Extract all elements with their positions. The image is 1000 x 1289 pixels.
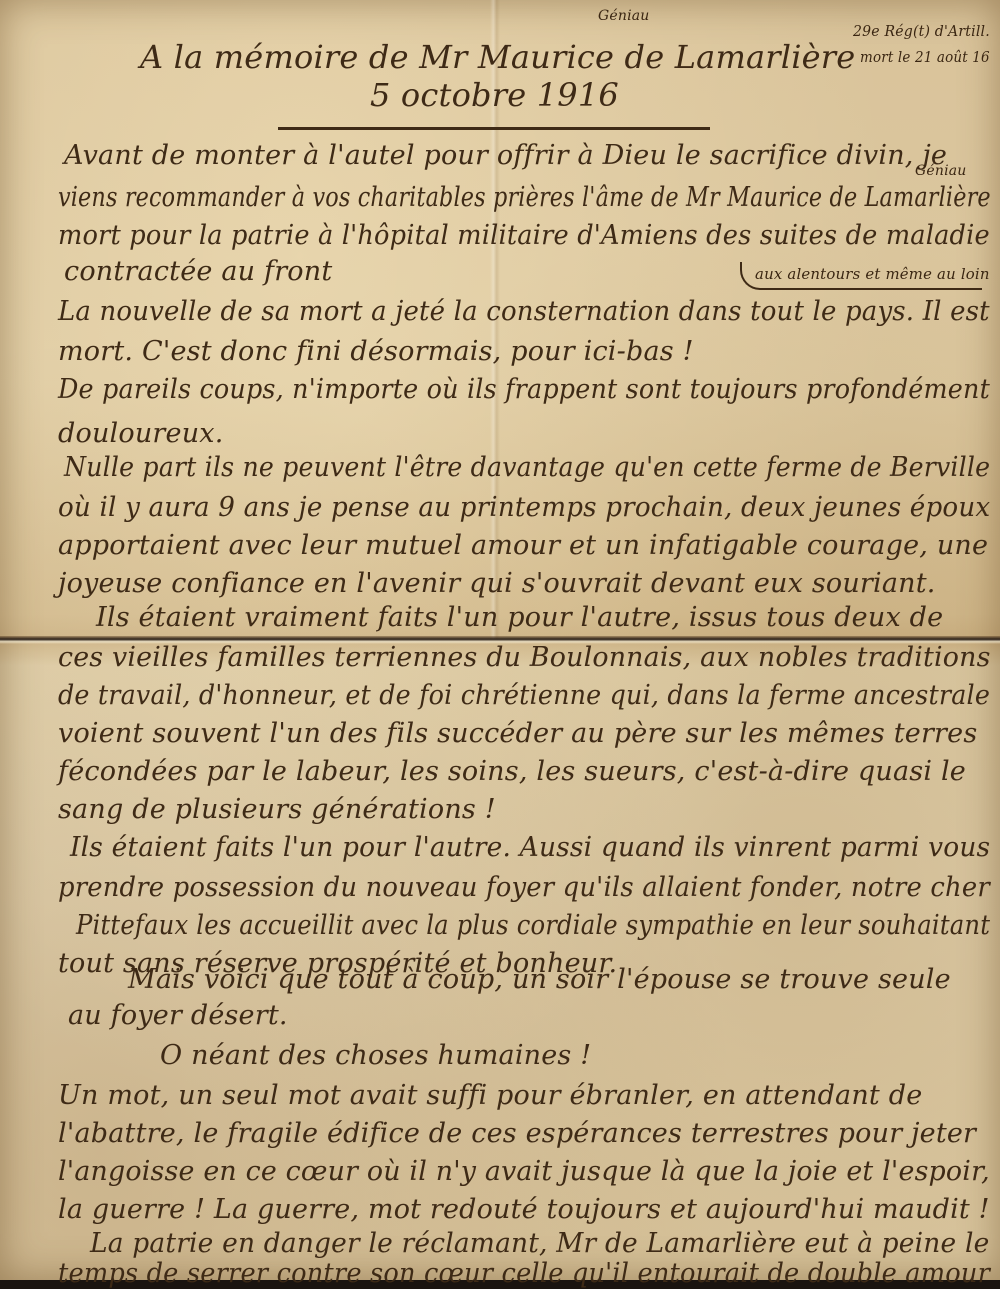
body-line: Avant de monter à l'autel pour offrir à … [64, 140, 947, 171]
body-line: Ils étaient vraiment faits l'un pour l'a… [96, 602, 943, 633]
body-line: temps de serrer contre son cœur celle qu… [58, 1258, 990, 1280]
body-line: mort. C'est donc fini désormais, pour ic… [58, 336, 694, 367]
body-line: O néant des choses humaines ! [160, 1040, 591, 1071]
death-date-annotation: mort le 21 août 16 [860, 48, 990, 66]
body-line: l'angoisse en ce cœur où il n'y avait ju… [58, 1156, 990, 1187]
body-line: fécondées par le labeur, les soins, les … [58, 756, 966, 787]
body-line: ces vieilles familles terriennes du Boul… [58, 642, 991, 673]
body-line: l'abattre, le fragile édifice de ces esp… [58, 1118, 976, 1149]
body-line: Ils étaient faits l'un pour l'autre. Aus… [70, 832, 990, 863]
body-line: Pittefaux les accueillit avec la plus co… [76, 910, 990, 941]
body-line: La patrie en danger le réclamant, Mr de … [90, 1228, 989, 1259]
letter-sheet: Géniau A la mémoire de Mr Maurice de Lam… [0, 0, 1000, 1280]
letter-title: A la mémoire de Mr Maurice de Lamarlière [140, 38, 855, 76]
body-line: viens recommander à vos charitables priè… [58, 182, 991, 213]
body-line: douloureux. [58, 418, 224, 449]
regiment-annotation: 29e Rég(t) d'Artill. [853, 22, 990, 40]
body-line: sang de plusieurs générations ! [58, 794, 496, 825]
body-line: De pareils coups, n'importe où ils frapp… [58, 374, 990, 405]
body-line: la guerre ! La guerre, mot redouté toujo… [58, 1194, 990, 1225]
body-line: Nulle part ils ne peuvent l'être davanta… [64, 452, 990, 483]
body-line: contractée au front [64, 256, 332, 287]
body-line: mort pour la patrie à l'hôpital militair… [58, 220, 990, 251]
line-insertion: Géniau [915, 163, 967, 179]
body-line: prendre possession du nouveau foyer qu'i… [58, 872, 990, 903]
body-line: Mais voici que tout à coup, un soir l'ép… [128, 964, 951, 995]
body-line: voient souvent l'un des fils succéder au… [58, 718, 977, 749]
marginal-insertion: aux alentours et même au loin [755, 265, 990, 283]
body-line: apportaient avec leur mutuel amour et un… [58, 530, 988, 561]
body-line: Un mot, un seul mot avait suffi pour ébr… [58, 1080, 922, 1111]
body-line: La nouvelle de sa mort a jeté la conster… [58, 296, 990, 327]
title-insertion: Géniau [598, 8, 650, 24]
title-divider [278, 127, 710, 130]
body-line: joyeuse confiance en l'avenir qui s'ouvr… [58, 568, 936, 599]
letter-date: 5 octobre 1916 [370, 76, 619, 114]
body-line: de travail, d'honneur, et de foi chrétie… [58, 680, 990, 711]
body-line: au foyer désert. [68, 1000, 288, 1031]
body-line: où il y aura 9 ans je pense au printemps… [58, 492, 990, 523]
